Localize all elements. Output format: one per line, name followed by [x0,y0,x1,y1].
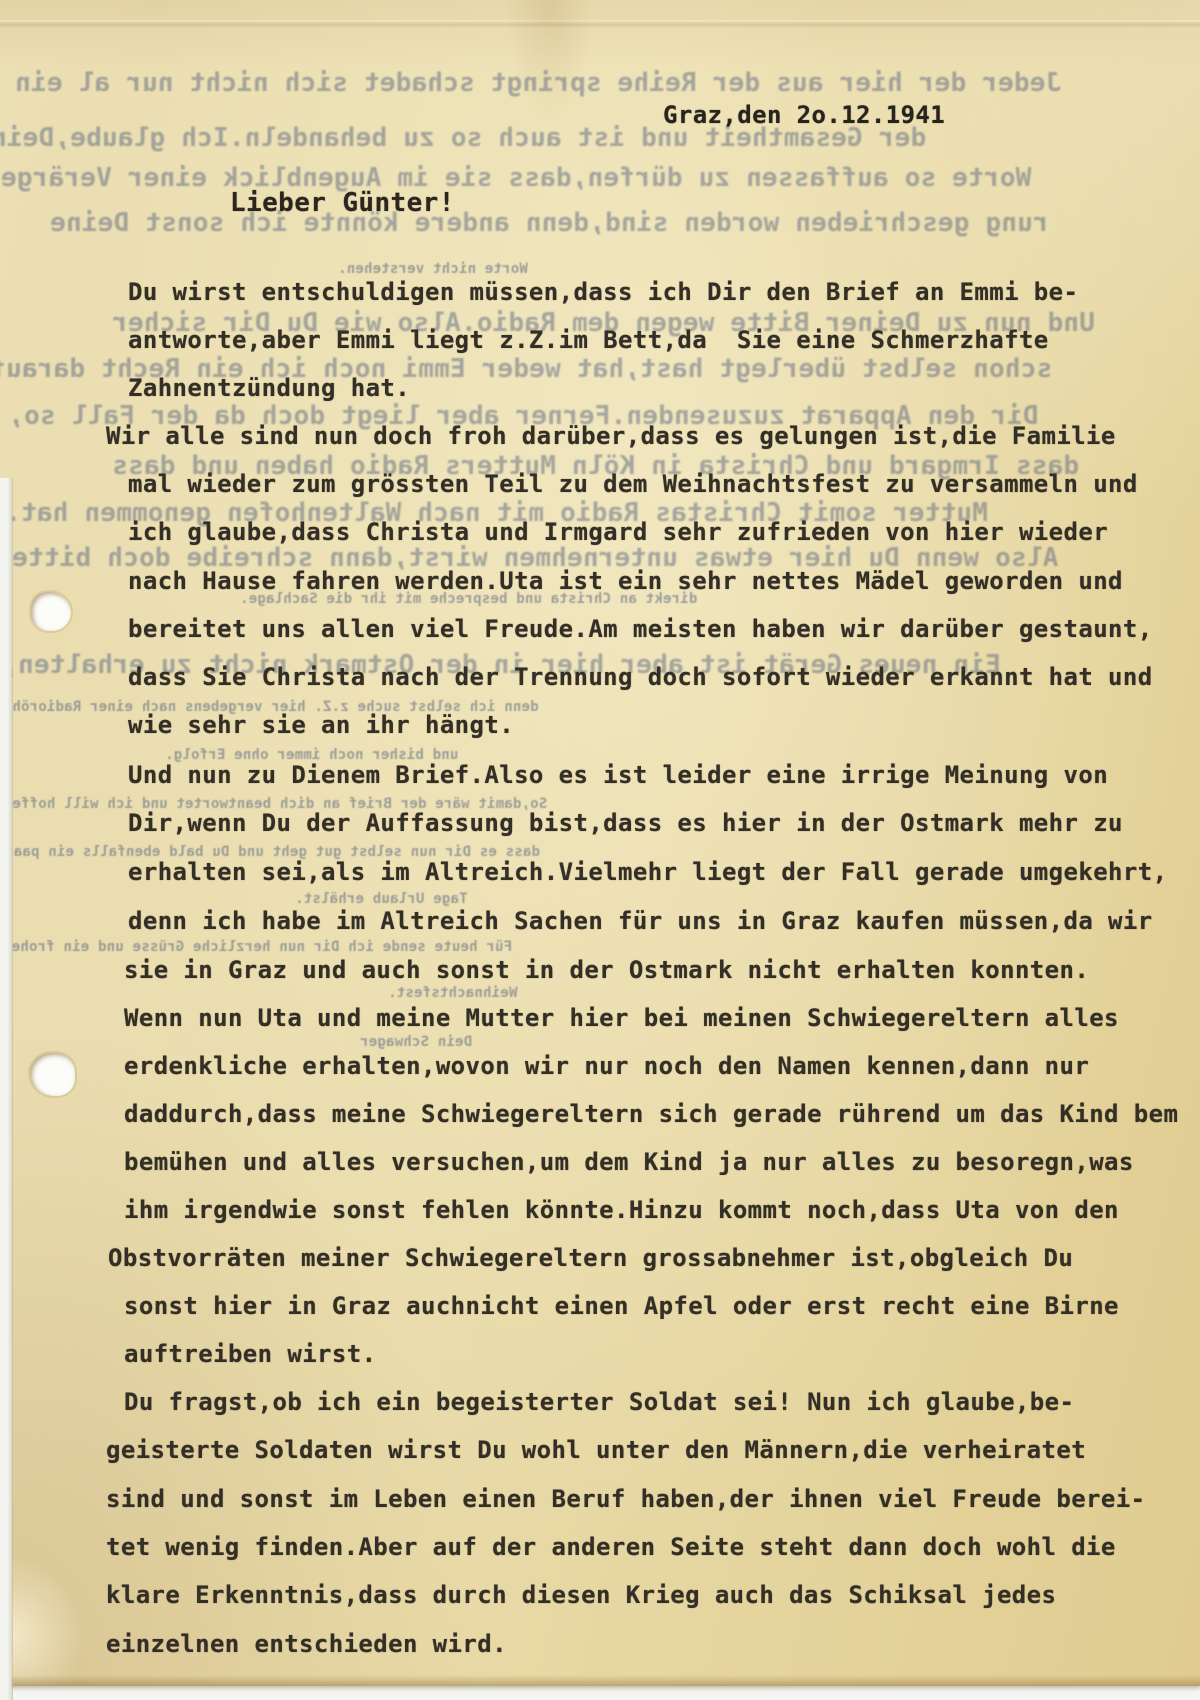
body-line: Wir alle sind nun doch froh darüber,dass… [106,422,1116,451]
paper-left-edge [0,478,13,1700]
body-line: mal wieder zum grössten Teil zu dem Weih… [128,470,1138,499]
body-line: geisterte Soldaten wirst Du wohl unter d… [106,1436,1086,1465]
letter-body: Du wirst entschuldigen müssen,dass ich D… [0,0,1200,1686]
body-line: auftreiben wirst. [124,1340,376,1369]
body-line: Wenn nun Uta und meine Mutter hier bei m… [124,1004,1119,1033]
body-line: klare Erkenntnis,dass durch diesen Krieg… [106,1581,1056,1610]
punch-hole-bottom [30,1053,75,1096]
body-line: sie in Graz und auch sonst in der Ostmar… [124,956,1089,985]
body-line: bemühen und alles versuchen,um dem Kind … [124,1148,1134,1177]
body-line: Und nun zu Dienem Brief.Also es ist leid… [128,761,1108,790]
body-line: Obstvorräten meiner Schwiegereltern gros… [108,1244,1073,1273]
body-line: antworte,aber Emmi liegt z.Z.im Bett,da … [128,326,1049,355]
body-line: ihm irgendwie sonst fehlen könnte.Hinzu … [124,1196,1119,1225]
body-line: daddurch,dass meine Schwiegereltern sich… [124,1100,1178,1129]
body-line: erhalten sei,als im Altreich.Vielmehr li… [128,858,1167,887]
body-line: sind und sonst im Leben einen Beruf habe… [106,1485,1145,1514]
body-line: ich glaube,dass Christa und Irmgard sehr… [128,518,1108,547]
body-line: einzelnen entschieden wird. [106,1630,507,1659]
body-line: Du fragst,ob ich ein begeisterter Soldat… [124,1388,1074,1417]
body-line: bereitet uns allen viel Freude.Am meiste… [128,615,1153,644]
body-line: wie sehr sie an ihr hängt. [128,711,514,740]
body-line: erdenkliche erhalten,wovon wir nur noch … [124,1052,1089,1081]
body-line: Zahnentzündung hat. [128,374,410,403]
punch-hole-top [31,592,71,631]
scan-background: { "document": { "date_line": "Graz,den 2… [0,0,1200,1700]
body-line: denn ich habe im Altreich Sachen für uns… [128,907,1153,936]
letter-paper: Jeder der hier aus der Reihe springt sch… [0,0,1200,1686]
body-line: Dir,wenn Du der Auffassung bist,dass es … [128,809,1123,838]
body-line: Du wirst entschuldigen müssen,dass ich D… [128,278,1078,307]
body-line: nach Hause fahren werden.Uta ist ein seh… [128,567,1123,596]
body-line: dass Sie Christa nach der Trennung doch … [128,663,1153,692]
body-line: sonst hier in Graz auchnicht einen Apfel… [124,1292,1119,1321]
body-line: tet wenig finden.Aber auf der anderen Se… [106,1533,1116,1562]
